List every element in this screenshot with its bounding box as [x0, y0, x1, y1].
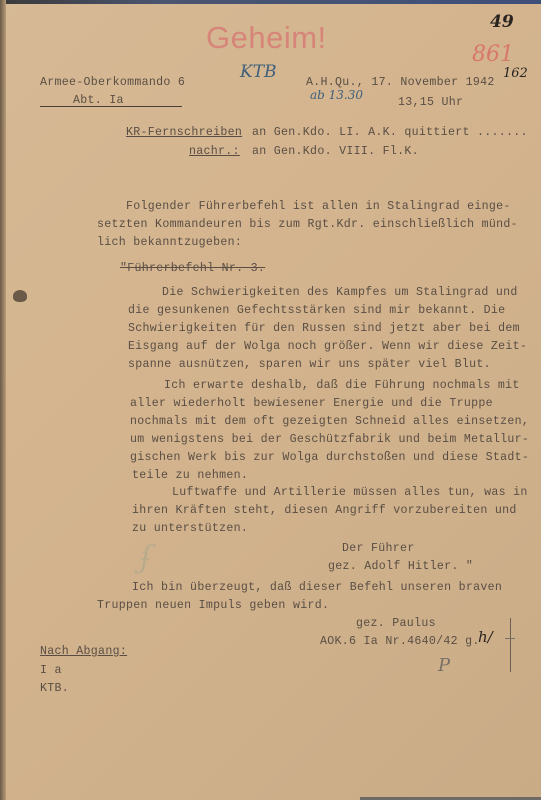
order-signature-title: Der Führer [342, 542, 415, 556]
page-binding-edge [0, 0, 6, 800]
ktb-annotation: KTB [240, 62, 277, 82]
punch-hole [13, 290, 27, 302]
distribution-item: I a [40, 664, 62, 678]
order-line: spanne ausnützen, sparen wir uns später … [128, 358, 491, 372]
header-underline [40, 106, 182, 107]
intro-line: setzten Kommandeuren bis zum Rgt.Kdr. ei… [97, 218, 518, 232]
sent-time: 13,15 Uhr [398, 96, 463, 110]
distribution-label: Nach Abgang: [40, 645, 127, 659]
intro-line: lich bekanntzugeben: [97, 236, 242, 250]
intro-line: Folgender Führerbefehl ist allen in Stal… [126, 200, 511, 214]
place-date: A.H.Qu., 17. November 1942 [306, 76, 495, 90]
order-line: zu unterstützen. [132, 522, 248, 536]
closing-line: Ich bin überzeugt, daß dieser Befehl uns… [132, 581, 502, 595]
sender-unit: Armee-Oberkommando 6 [40, 76, 185, 90]
faded-pencil-mark: ʄ [140, 540, 151, 575]
order-line: nochmals mit dem oft gezeigten Schneid a… [130, 415, 529, 429]
sender-signature: gez. Paulus [356, 617, 436, 631]
margin-pencil-line [510, 618, 511, 672]
order-line: um wenigstens bei der Geschützfabrik und… [130, 433, 529, 447]
margin-pencil-cross [505, 638, 515, 639]
cc-label: nachr.: [189, 145, 240, 159]
recipient: an Gen.Kdo. LI. A.K. quittiert ....... [252, 126, 528, 140]
order-line: Eisgang auf der Wolga noch größer. Wenn … [128, 340, 527, 354]
right-number-annotation: 162 [503, 66, 528, 81]
order-line: gischen Werk bis zur Wolga durchstoßen u… [130, 451, 529, 465]
order-line: teile zu nehmen. [132, 469, 248, 483]
red-number-annotation: 861 [472, 42, 514, 67]
order-line: aller wiederholt bewiesener Energie und … [130, 397, 493, 411]
message-type: KR-Fernschreiben [126, 126, 242, 140]
page-number-annotation: 49 [490, 12, 514, 32]
order-line: Die Schwierigkeiten des Kampfes um Stali… [162, 286, 518, 300]
page-top-edge [0, 0, 541, 4]
order-line: ihren Kräften steht, diesen Angriff vorz… [132, 504, 517, 518]
reference-number: AOK.6 Ia Nr.4640/42 g. [320, 635, 480, 649]
closing-line: Truppen neuen Impuls geben wird. [97, 599, 329, 613]
order-title-struck: "Führerbefehl Nr. 3. [120, 262, 265, 276]
order-line: Schwierigkeiten für den Russen sind jetz… [128, 322, 520, 336]
document-page: ʄ Geheim! 49 861 162 KTB ab 13.30 Armee-… [0, 0, 541, 800]
order-line: die gesunkenen Gefechtsstärken sind mir … [128, 304, 505, 318]
initials-annotation: h/ [478, 628, 493, 646]
order-line: Luftwaffe und Artillerie müssen alles tu… [172, 486, 528, 500]
pencil-annotation: P [438, 655, 450, 676]
cc-recipient: an Gen.Kdo. VIII. Fl.K. [252, 145, 419, 159]
secret-stamp: Geheim! [206, 20, 327, 56]
order-signature-name: gez. Adolf Hitler. " [328, 560, 473, 574]
received-time-annotation: ab 13.30 [310, 88, 363, 102]
order-line: Ich erwarte deshalb, daß die Führung noc… [164, 379, 520, 393]
distribution-item: KTB. [40, 682, 69, 696]
